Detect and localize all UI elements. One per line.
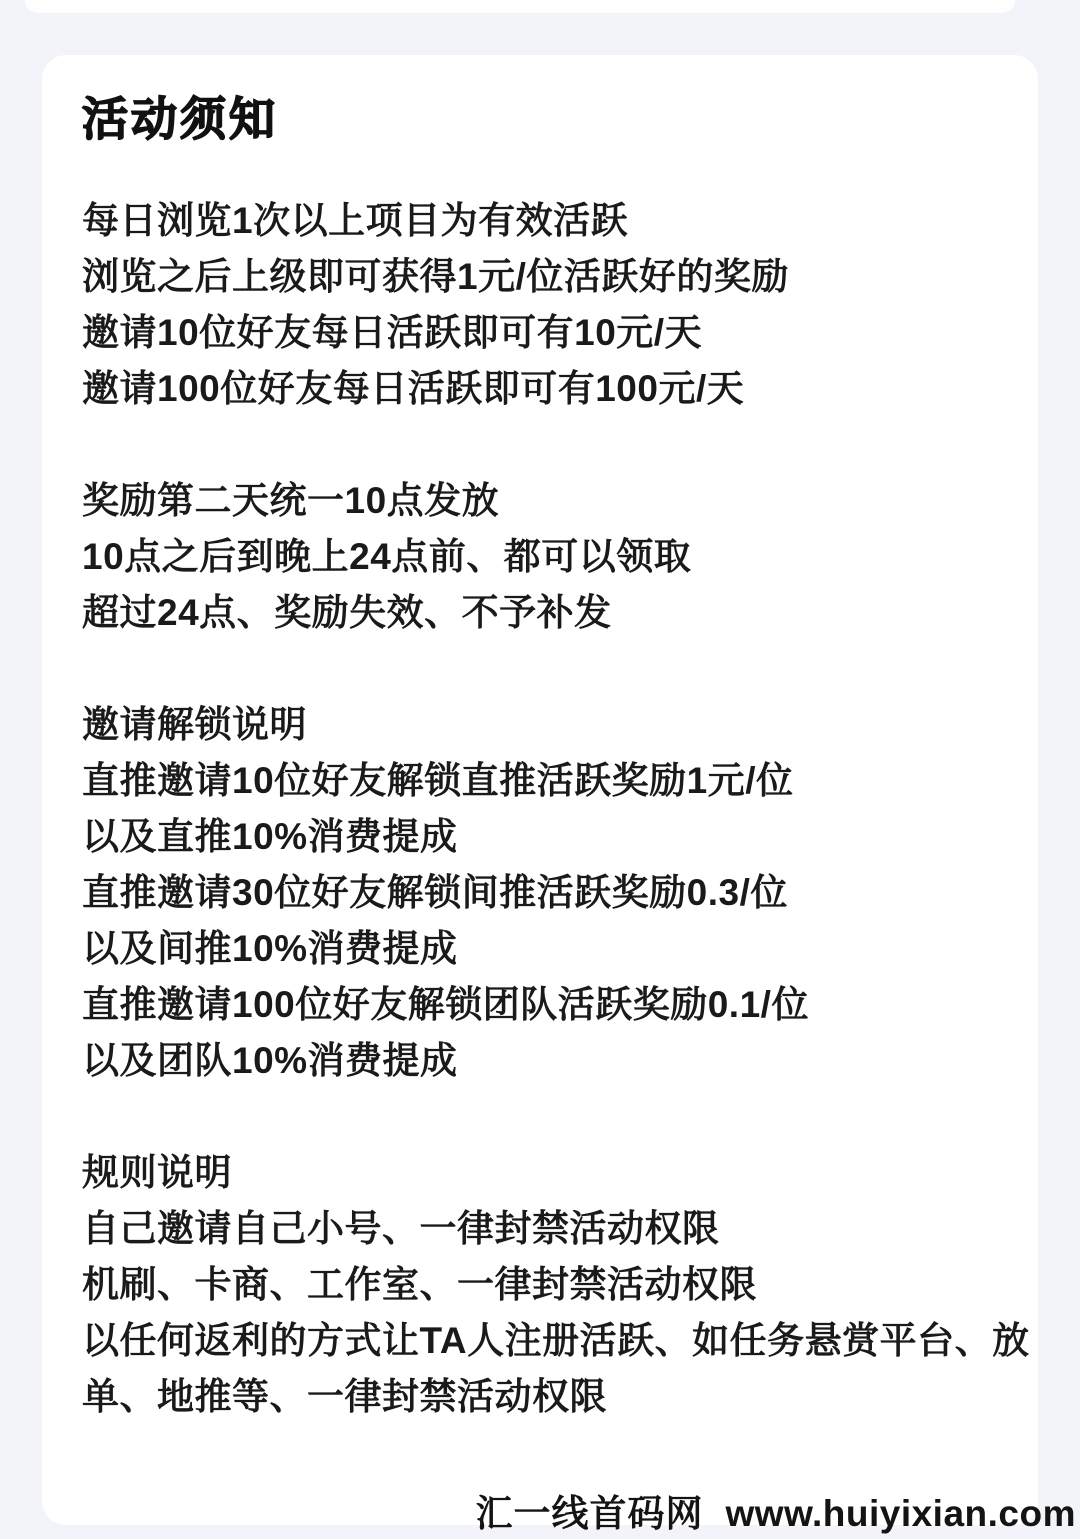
previous-card-edge xyxy=(25,0,1015,13)
section-rule-description: 规则说明自己邀请自己小号、一律封禁活动权限机刷、卡商、工作室、一律封禁活动权限以… xyxy=(82,1145,1000,1425)
notice-line: 奖励第二天统一10点发放 xyxy=(82,473,1000,529)
section-invite-unlock-rules: 邀请解锁说明直推邀请10位好友解锁直推活跃奖励1元/位以及直推10%消费提成直推… xyxy=(82,697,1000,1089)
notice-body: 每日浏览1次以上项目为有效活跃浏览之后上级即可获得1元/位活跃好的奖励邀请10位… xyxy=(82,193,1000,1425)
notice-line: 以及团队10%消费提成 xyxy=(82,1033,1000,1089)
site-watermark: 汇一线首码网www.huiyixian.com xyxy=(476,1495,1076,1533)
section-reward-release-rules: 奖励第二天统一10点发放10点之后到晚上24点前、都可以领取超过24点、奖励失效… xyxy=(82,473,1000,641)
notice-card: 活动须知 每日浏览1次以上项目为有效活跃浏览之后上级即可获得1元/位活跃好的奖励… xyxy=(42,55,1038,1525)
page-title: 活动须知 xyxy=(82,93,1000,145)
notice-line: 单、地推等、一律封禁活动权限 xyxy=(82,1369,1000,1425)
notice-line: 规则说明 xyxy=(82,1145,1000,1201)
notice-line: 10点之后到晚上24点前、都可以领取 xyxy=(82,529,1000,585)
notice-line: 直推邀请10位好友解锁直推活跃奖励1元/位 xyxy=(82,753,1000,809)
watermark-site-name: 汇一线首码网 xyxy=(476,1493,704,1534)
notice-line: 邀请解锁说明 xyxy=(82,697,1000,753)
notice-line: 邀请10位好友每日活跃即可有10元/天 xyxy=(82,305,1000,361)
notice-line: 直推邀请100位好友解锁团队活跃奖励0.1/位 xyxy=(82,977,1000,1033)
notice-line: 以任何返利的方式让TA人注册活跃、如任务悬赏平台、放 xyxy=(82,1313,1000,1369)
notice-line: 以及直推10%消费提成 xyxy=(82,809,1000,865)
notice-line: 每日浏览1次以上项目为有效活跃 xyxy=(82,193,1000,249)
notice-line: 直推邀请30位好友解锁间推活跃奖励0.3/位 xyxy=(82,865,1000,921)
notice-line: 邀请100位好友每日活跃即可有100元/天 xyxy=(82,361,1000,417)
notice-line: 超过24点、奖励失效、不予补发 xyxy=(82,585,1000,641)
notice-line: 自己邀请自己小号、一律封禁活动权限 xyxy=(82,1201,1000,1257)
notice-line: 机刷、卡商、工作室、一律封禁活动权限 xyxy=(82,1257,1000,1313)
notice-line: 以及间推10%消费提成 xyxy=(82,921,1000,977)
app-screenshot: { "page": { "background_color": "#f3f3fa… xyxy=(0,0,1080,1539)
watermark-site-url: www.huiyixian.com xyxy=(726,1493,1076,1534)
notice-line: 浏览之后上级即可获得1元/位活跃好的奖励 xyxy=(82,249,1000,305)
section-daily-active-rules: 每日浏览1次以上项目为有效活跃浏览之后上级即可获得1元/位活跃好的奖励邀请10位… xyxy=(82,193,1000,417)
